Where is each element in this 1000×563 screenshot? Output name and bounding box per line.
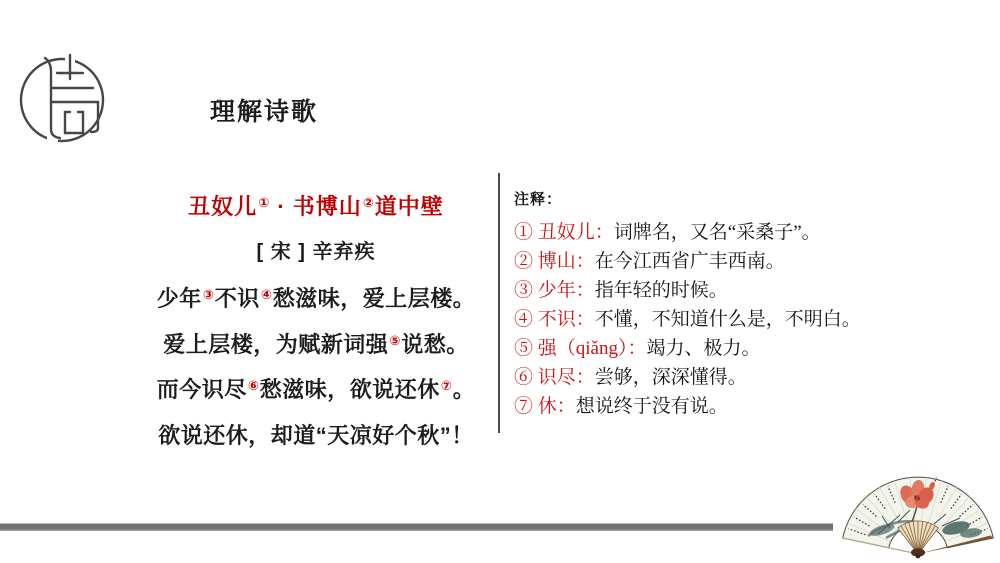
annotation-definition: 词牌名，又名“采桑子”。	[614, 222, 821, 243]
poem-text-segment: 。	[453, 377, 476, 402]
footnote-marker: ④	[261, 287, 272, 302]
annotation-definition: 不懂，不知道什么是，不明白。	[595, 309, 861, 330]
poem-lines: 少年③不识④愁滋味，爱上层楼。爱上层楼，为赋新词强⑤说愁。而今识尽⑥愁滋味，欲说…	[128, 278, 504, 457]
annotation-item: ② 博山：在今江西省广丰西南。	[514, 247, 862, 276]
slide: 理解诗歌 丑奴儿① · 书博山②道中壁 [ 宋 ] 辛弃疾 少年③不识④愁滋味，…	[0, 0, 1000, 563]
poem-text-segment: ·	[270, 194, 293, 219]
footnote-marker: ①	[258, 195, 269, 210]
annotation-item: ① 丑奴儿：词牌名，又名“采桑子”。	[514, 218, 862, 247]
bottom-rule	[0, 523, 833, 531]
vertical-divider	[498, 173, 500, 433]
annotation-term: ⑦ 休：	[514, 396, 576, 417]
annotation-item: ③ 少年：指年轻的时候。	[514, 276, 862, 305]
annotations-list: ① 丑奴儿：词牌名，又名“采桑子”。② 博山：在今江西省广丰西南。③ 少年：指年…	[514, 218, 862, 421]
folding-fan-icon	[838, 458, 1000, 559]
annotation-definition: 竭力、极力。	[646, 338, 760, 359]
poem-text-segment: 少年	[157, 286, 202, 311]
footnote-marker: ⑤	[389, 333, 400, 348]
annotation-term: ④ 不识：	[514, 309, 595, 330]
poem-text-segment: 说愁。	[401, 332, 469, 357]
annotation-item: ⑥ 识尽：尝够，深深懂得。	[514, 363, 862, 392]
poem-text-segment: 不识	[215, 286, 260, 311]
poem-block: 丑奴儿① · 书博山②道中壁 [ 宋 ] 辛弃疾 少年③不识④愁滋味，爱上层楼。…	[128, 186, 504, 457]
annotation-item: ⑦ 休：想说终于没有说。	[514, 392, 862, 421]
annotation-term: ⑤ 强（qiǎng）：	[514, 338, 646, 359]
poem-text-segment: 爱上层楼，为赋新词强	[163, 332, 388, 357]
poem-line: 而今识尽⑥愁滋味，欲说还休⑦。	[128, 369, 504, 415]
annotation-term: ③ 少年：	[514, 280, 595, 301]
annotation-item: ⑤ 强（qiǎng）：竭力、极力。	[514, 334, 862, 363]
annotation-definition: 想说终于没有说。	[576, 396, 728, 417]
annotation-term: ⑥ 识尽：	[514, 367, 595, 388]
poem-text-segment: 愁滋味，欲说还休	[260, 377, 440, 402]
poem-line: 欲说还休，却道“天凉好个秋”！	[128, 415, 504, 458]
annotation-definition: 在今江西省广丰西南。	[595, 251, 785, 272]
poem-text-segment: 道中壁	[375, 194, 444, 219]
poem-text-segment: 欲说还休，却道“天凉好个秋”！	[158, 423, 474, 448]
poem-title: 丑奴儿① · 书博山②道中壁	[128, 186, 504, 231]
page-title: 理解诗歌	[210, 92, 318, 128]
footnote-marker: ⑦	[441, 378, 452, 393]
annotation-term: ① 丑奴儿：	[514, 222, 614, 243]
poem-text-segment: 而今识尽	[157, 377, 247, 402]
annotation-item: ④ 不识：不懂，不知道什么是，不明白。	[514, 305, 862, 334]
poem-author: [ 宋 ] 辛弃疾	[128, 231, 504, 273]
poem-line: 爱上层楼，为赋新词强⑤说愁。	[128, 324, 504, 370]
annotations-panel: 注释： ① 丑奴儿：词牌名，又名“采桑子”。② 博山：在今江西省广丰西南。③ 少…	[514, 188, 862, 421]
footnote-marker: ②	[363, 195, 374, 210]
annotations-heading: 注释：	[514, 188, 862, 209]
poetry-seal-logo-icon	[15, 45, 115, 145]
poem-text-segment: 愁滋味，爱上层楼。	[273, 286, 476, 311]
footnote-marker: ⑥	[248, 378, 259, 393]
poem-text-segment: 书博山	[293, 194, 362, 219]
poem-line: 少年③不识④愁滋味，爱上层楼。	[128, 278, 504, 324]
annotation-definition: 尝够，深深懂得。	[595, 367, 747, 388]
annotation-term: ② 博山：	[514, 251, 595, 272]
annotation-definition: 指年轻的时候。	[595, 280, 728, 301]
poem-text-segment: 丑奴儿	[188, 194, 257, 219]
footnote-marker: ③	[203, 287, 214, 302]
